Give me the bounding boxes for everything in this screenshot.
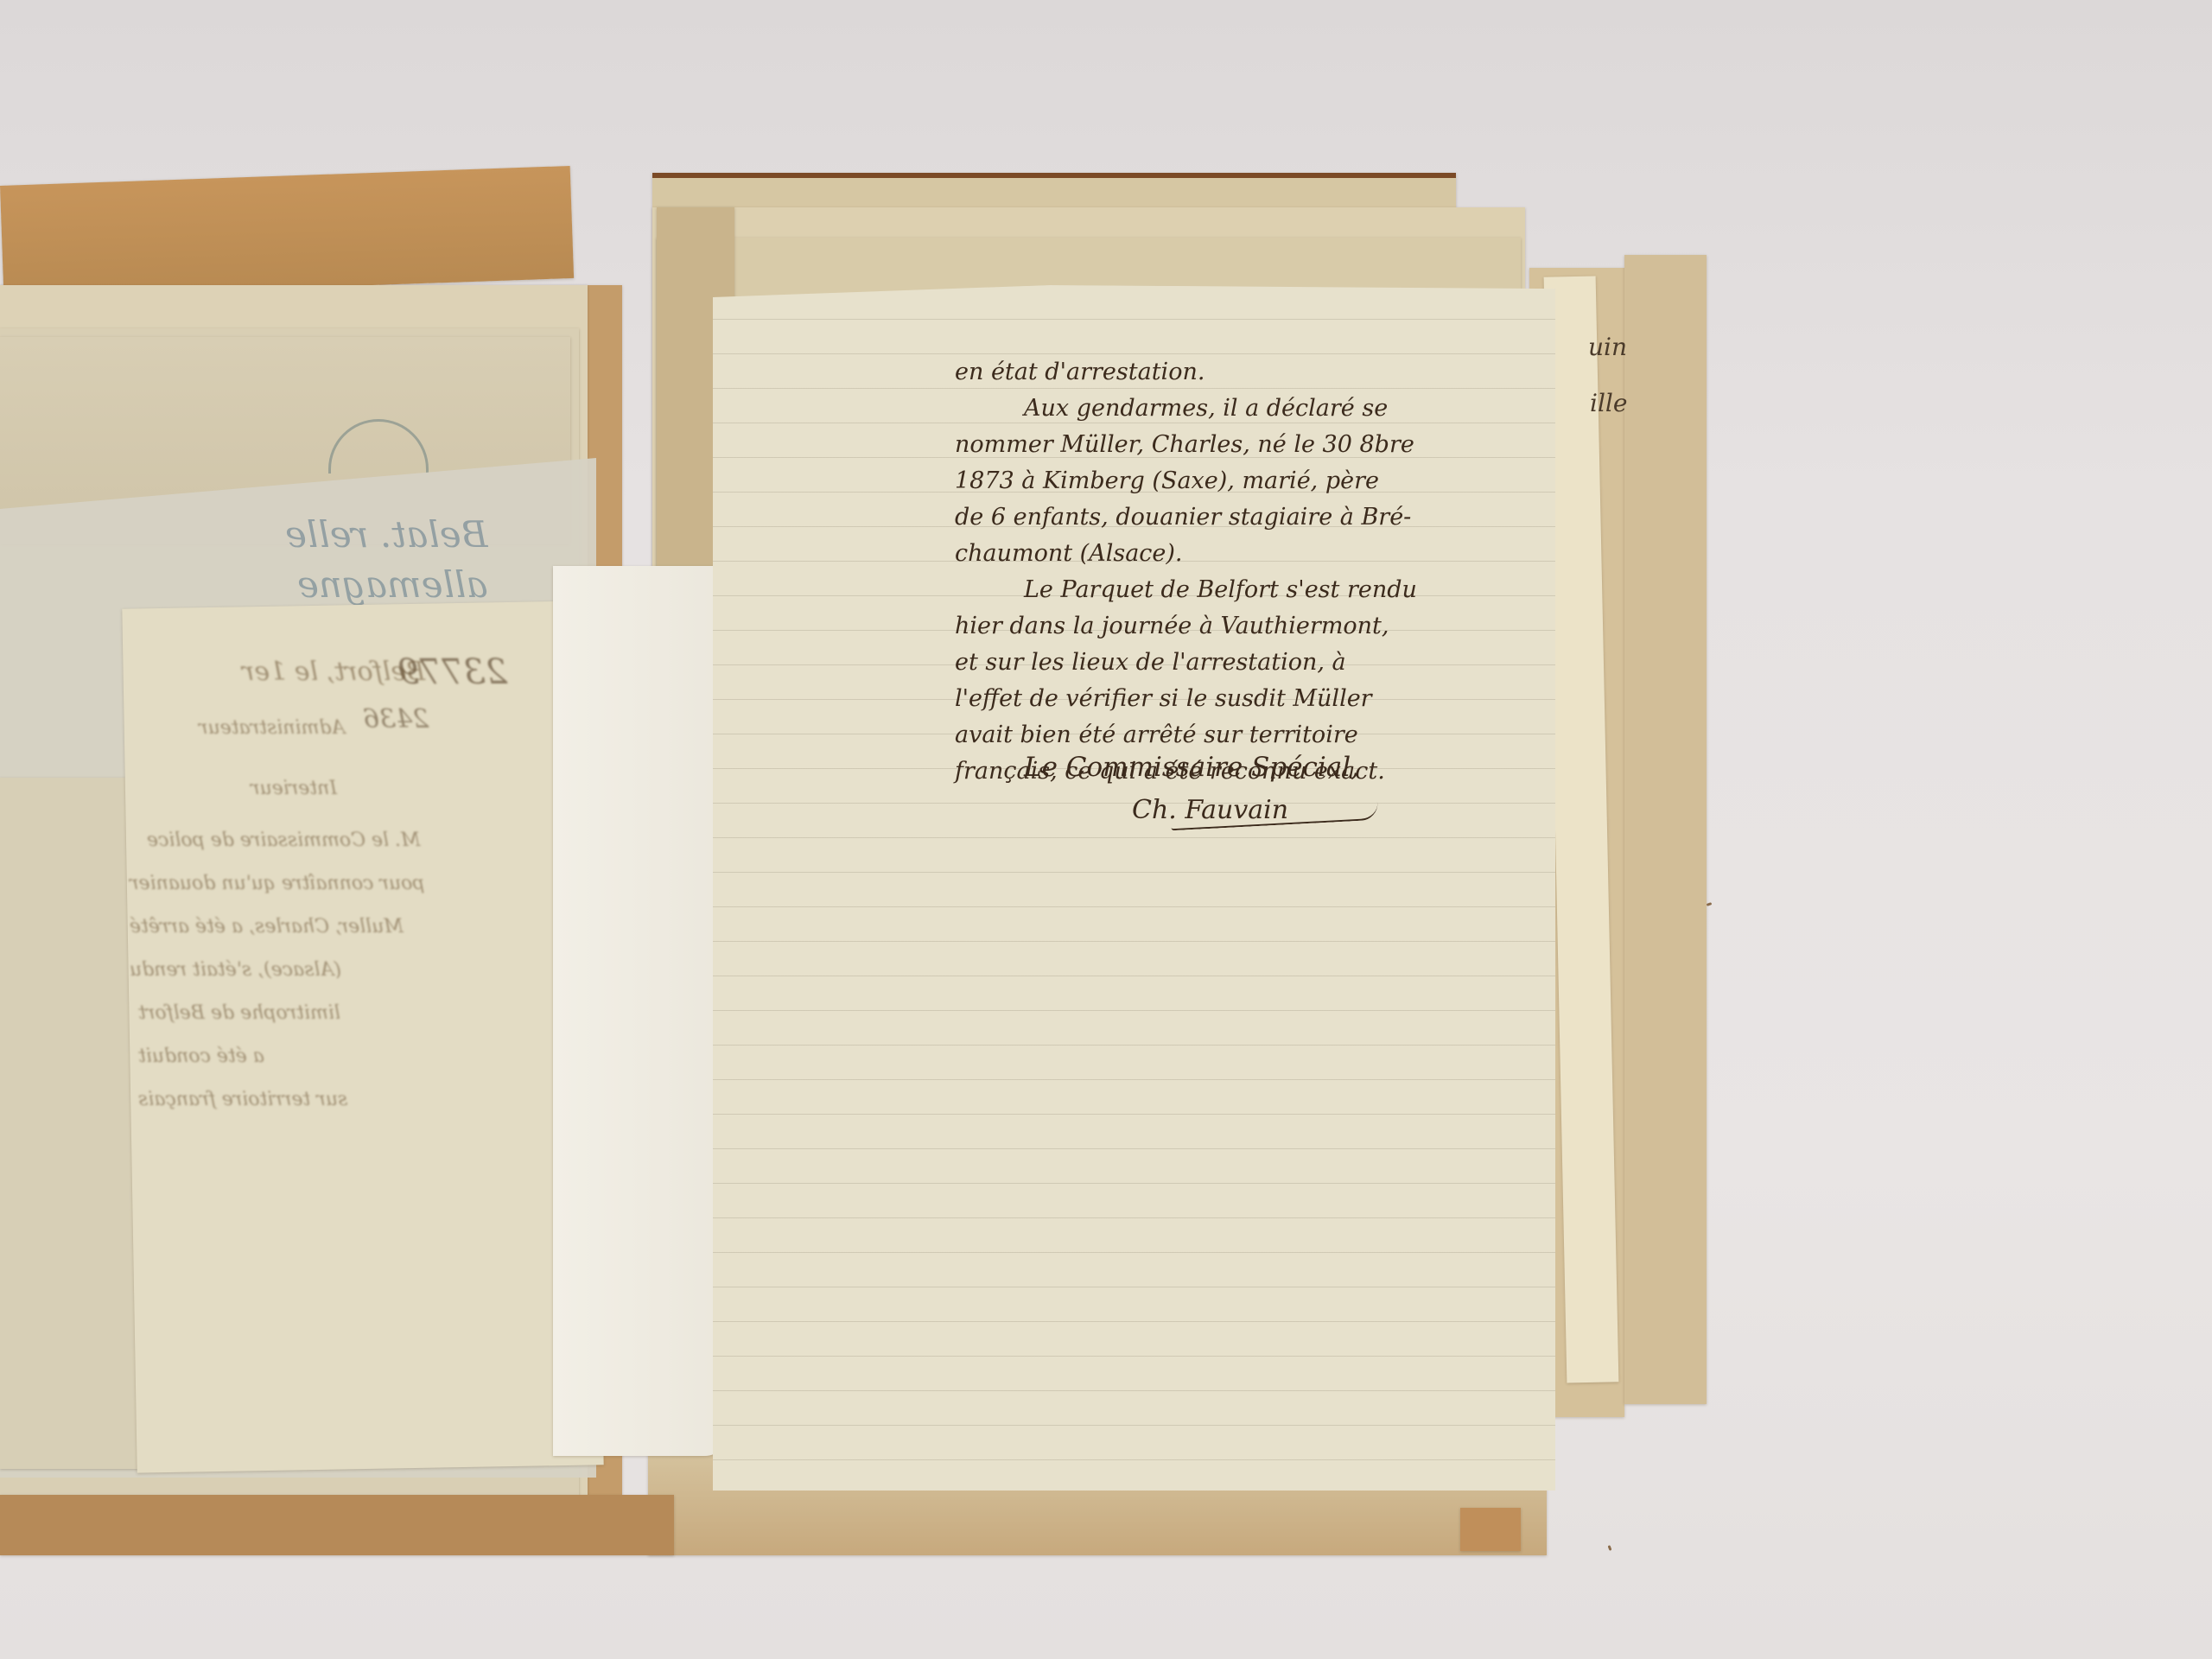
mirrored-line: Interieur [251,778,337,799]
mirrored-line: pour connaître qu'un douanier [130,873,424,894]
mirrored-line: Administrateur [199,717,345,739]
letter-line: avait bien été arrêté sur territoire [955,717,1542,753]
mirrored-note-line: Belat. relle [285,510,487,560]
letter-line: hier dans la journée à Vauthiermont, [955,608,1542,645]
mirrored-line: M. le Commissaire de police [147,829,421,851]
mirrored-line: sur territoire français [138,1089,347,1110]
mirrored-line: (Alsace), s'était rendu [130,959,341,981]
right-paper-stack [1624,255,1707,1404]
debris-speck [1707,902,1713,906]
letter-line: et sur les lieux de l'arrestation, à [955,645,1542,681]
folder-tab [1460,1508,1521,1551]
debris-speck [1608,1545,1612,1551]
reference-sub-number: 2436 [363,704,429,734]
letter-line: l'effet de vérifier si le susdit Müller [955,681,1542,717]
scribble-text: ille [1590,389,1627,417]
mirrored-line: a été conduit [138,1046,264,1067]
folder-bottom-edge [0,1495,674,1555]
letter-line: en état d'arrestation. [955,354,1542,391]
letter-line: chaumont (Alsace). [955,536,1542,572]
letter-line: nommer Müller, Charles, né le 30 8bre [955,427,1542,463]
white-folded-sheet [553,566,730,1456]
folder-flap [0,166,574,298]
scribble-text: uin [1588,333,1627,361]
mirrored-line: Muller, Charles, a été arrêté [130,916,404,938]
closing-title: Le Commissaire Spécial, [1024,752,1359,783]
letter-line: de 6 enfants, douanier stagiaire à Bré- [955,499,1542,536]
mirrored-note: Belat. relle allemagne [285,510,487,610]
letter-line: Aux gendarmes, il a déclaré se [955,391,1542,427]
mirrored-line: limitrophe de Belfort [138,1002,340,1024]
letter-line: Le Parquet de Belfort s'est rendu [955,572,1542,608]
main-letter-text: en état d'arrestation. Aux gendarmes, il… [955,354,1542,790]
letter-line: 1873 à Kimberg (Saxe), marié, père [955,463,1542,499]
place-date: Belfort, le 1er [242,657,425,687]
